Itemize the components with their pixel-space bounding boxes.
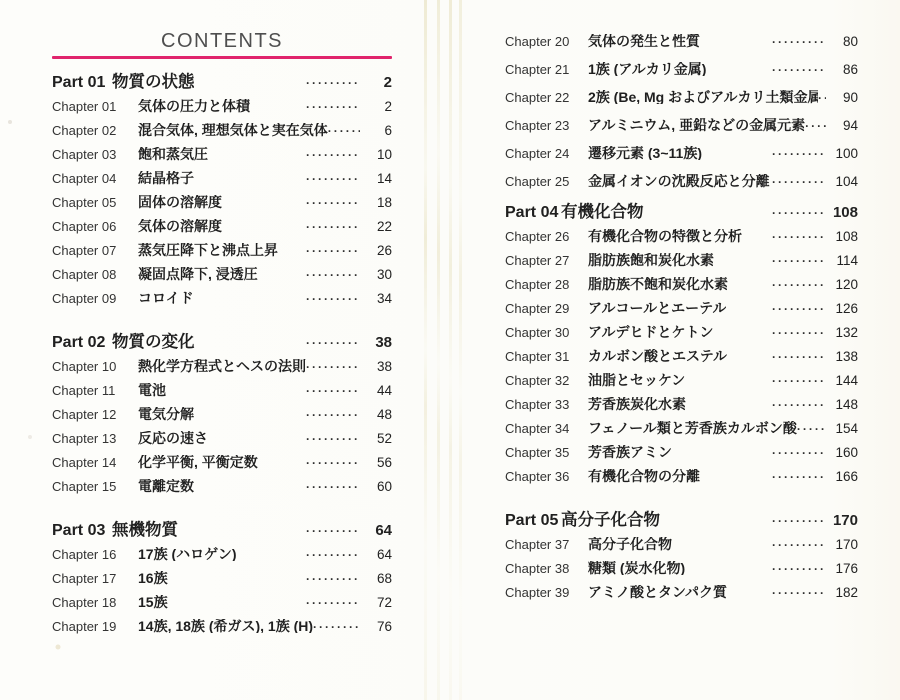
chapter-label: Chapter 03 [52, 148, 138, 162]
chapter-row: Chapter 09コロイド·········34 [52, 291, 392, 306]
chapter-title: 1族 (アルカリ金属) [588, 62, 706, 76]
chapter-row: Chapter 10熱化学方程式とヘスの法則·········38 [52, 359, 392, 374]
part-title: 高分子化合物 [561, 510, 660, 530]
chapter-label: Chapter 14 [52, 456, 138, 470]
page-number: 170 [826, 511, 858, 531]
chapter-row: Chapter 25金属イオンの沈殿反応と分離·········104 [505, 174, 858, 189]
chapter-title: 固体の溶解度 [138, 195, 222, 209]
page-number: 6 [360, 124, 392, 138]
dot-leader: ········· [685, 374, 826, 388]
page-number: 30 [360, 268, 392, 282]
chapter-title: アルミニウム, 亜鉛などの金属元素 [588, 118, 805, 132]
page-number: 94 [826, 119, 858, 133]
chapter-label: Chapter 15 [52, 480, 138, 494]
page-number: 76 [360, 620, 392, 634]
chapter-row: Chapter 211族 (アルカリ金属)·········86 [505, 62, 858, 77]
dot-leader: ········· [686, 398, 826, 412]
page-number: 90 [826, 91, 858, 105]
part-label: Part 03 [52, 521, 112, 541]
chapter-row: Chapter 14化学平衡, 平衡定数·········56 [52, 455, 392, 470]
part-title: 物質の変化 [112, 332, 195, 352]
chapter-row: Chapter 31カルボン酸とエステル·········138 [505, 349, 858, 364]
chapter-row: Chapter 35芳香族アミン·········160 [505, 445, 858, 460]
chapter-title: 気体の発生と性質 [588, 34, 700, 48]
chapter-title: 糖類 (炭水化物) [588, 561, 685, 575]
page-edge-line [459, 0, 462, 700]
chapter-row: Chapter 06気体の溶解度·········22 [52, 219, 392, 234]
page-number: 2 [360, 73, 392, 93]
page-number: 100 [826, 147, 858, 161]
dot-leader: ········· [250, 100, 360, 114]
page-number: 108 [826, 203, 858, 223]
part-title: 無機物質 [112, 520, 178, 540]
chapter-title: 17族 (ハロゲン) [138, 547, 237, 561]
page-number: 56 [360, 456, 392, 470]
dot-leader: ········· [726, 302, 826, 316]
dot-leader: ········· [208, 148, 360, 162]
chapter-row: Chapter 15電離定数·········60 [52, 479, 392, 494]
chapter-title: 気体の溶解度 [138, 219, 222, 233]
dot-leader: ········· [313, 620, 360, 634]
chapter-label: Chapter 08 [52, 268, 138, 282]
part-label: Part 02 [52, 333, 112, 353]
page-number: 64 [360, 521, 392, 541]
chapter-title: アルコールとエーテル [588, 301, 726, 315]
dot-leader: ········· [222, 196, 360, 210]
chapter-row: Chapter 01気体の圧力と体積·········2 [52, 99, 392, 114]
dot-leader: ········· [328, 124, 360, 138]
contents-header: CONTENTS [52, 30, 392, 59]
chapter-title: 反応の速さ [138, 431, 208, 445]
chapter-title: コロイド [138, 291, 194, 305]
toc-section: Part 02物質の変化·········38Chapter 10熱化学方程式と… [52, 332, 392, 494]
toc-section: Part 05高分子化合物·········170Chapter 37高分子化合… [505, 510, 858, 600]
chapter-label: Chapter 28 [505, 278, 588, 292]
chapter-title: 16族 [138, 571, 168, 585]
chapter-row: Chapter 29アルコールとエーテル·········126 [505, 301, 858, 316]
page-number: 52 [360, 432, 392, 446]
chapter-row: Chapter 20気体の発生と性質·········80 [505, 34, 858, 49]
dot-leader: ········· [194, 408, 360, 422]
chapter-title: 結晶格子 [138, 171, 194, 185]
chapter-title: 電気分解 [138, 407, 194, 421]
chapter-row: Chapter 04結晶格子·········14 [52, 171, 392, 186]
dot-leader: ········· [742, 230, 826, 244]
chapter-label: Chapter 10 [52, 360, 138, 374]
page-number: 170 [826, 538, 858, 552]
chapter-row: Chapter 39アミノ酸とタンパク質·········182 [505, 585, 858, 600]
chapter-label: Chapter 09 [52, 292, 138, 306]
chapter-label: Chapter 05 [52, 196, 138, 210]
chapter-label: Chapter 33 [505, 398, 588, 412]
chapter-title: 14族, 18族 (希ガス), 1族 (H) [138, 619, 313, 633]
chapter-row: Chapter 32油脂とセッケン·········144 [505, 373, 858, 388]
chapter-title: 電離定数 [138, 479, 194, 493]
chapter-title: 混合気体, 理想気体と実在気体 [138, 123, 328, 137]
chapter-label: Chapter 06 [52, 220, 138, 234]
chapter-row: Chapter 34フェノール類と芳香族カルボン酸·········154 [505, 421, 858, 436]
chapter-row: Chapter 13反応の速さ·········52 [52, 431, 392, 446]
page-number: 18 [360, 196, 392, 210]
chapter-label: Chapter 36 [505, 470, 588, 484]
dot-leader: ········· [222, 220, 360, 234]
chapter-label: Chapter 31 [505, 350, 588, 364]
chapter-label: Chapter 07 [52, 244, 138, 258]
chapter-row: Chapter 02混合気体, 理想気体と実在気体·········6 [52, 123, 392, 138]
chapter-row: Chapter 05固体の溶解度·········18 [52, 195, 392, 210]
chapter-label: Chapter 38 [505, 562, 588, 576]
chapter-title: アミノ酸とタンパク質 [588, 585, 727, 599]
chapter-title: 有機化合物の特徴と分析 [588, 229, 742, 243]
chapter-label: Chapter 27 [505, 254, 588, 268]
chapter-title: 15族 [138, 595, 168, 609]
chapter-label: Chapter 01 [52, 100, 138, 114]
page-number: 22 [360, 220, 392, 234]
chapter-label: Chapter 32 [505, 374, 588, 388]
chapter-row: Chapter 24遷移元素 (3~11族)·········100 [505, 146, 858, 161]
dot-leader: ········· [702, 147, 826, 161]
dot-leader: ········· [278, 244, 360, 258]
page-number: 48 [360, 408, 392, 422]
dot-leader: ········· [208, 432, 360, 446]
dot-leader: ········· [660, 511, 826, 531]
page-number: 38 [360, 333, 392, 353]
chapter-title: 熱化学方程式とヘスの法則 [138, 359, 306, 373]
chapter-label: Chapter 19 [52, 620, 138, 634]
chapter-row: Chapter 08凝固点降下, 浸透圧·········30 [52, 267, 392, 282]
dot-leader: ········· [194, 480, 360, 494]
chapter-label: Chapter 30 [505, 326, 588, 340]
chapter-label: Chapter 29 [505, 302, 588, 316]
chapter-title: 油脂とセッケン [588, 373, 685, 387]
dot-leader: ········· [194, 172, 360, 186]
chapter-row: Chapter 1617族 (ハロゲン)·········64 [52, 547, 392, 562]
page-number: 126 [826, 302, 858, 316]
page-number: 154 [826, 422, 858, 436]
chapter-label: Chapter 25 [505, 175, 588, 189]
toc-column-left: CONTENTS Part 01物質の状態·········2Chapter 0… [52, 30, 392, 643]
chapter-label: Chapter 35 [505, 446, 588, 460]
dot-leader: ········· [770, 175, 826, 189]
page-edge-line [424, 0, 427, 700]
page-number: 138 [826, 350, 858, 364]
chapter-label: Chapter 22 [505, 91, 588, 105]
toc-section: Part 01物質の状態·········2Chapter 01気体の圧力と体積… [52, 72, 392, 306]
page-number: 108 [826, 230, 858, 244]
chapter-row: Chapter 11電池·········44 [52, 383, 392, 398]
chapter-row: Chapter 38糖類 (炭水化物)·········176 [505, 561, 858, 576]
chapter-row: Chapter 26有機化合物の特徴と分析·········108 [505, 229, 858, 244]
dot-leader: ········· [727, 586, 826, 600]
chapter-title: 気体の圧力と体積 [138, 99, 250, 113]
chapter-label: Chapter 37 [505, 538, 588, 552]
part-title: 物質の状態 [112, 72, 195, 92]
dot-leader: ········· [728, 278, 826, 292]
page-number: 38 [360, 360, 392, 374]
chapter-label: Chapter 16 [52, 548, 138, 562]
part-label: Part 04 [505, 203, 561, 223]
chapter-label: Chapter 04 [52, 172, 138, 186]
page-number: 68 [360, 572, 392, 586]
part-row: Part 05高分子化合物·········170 [505, 510, 858, 531]
dot-leader: ········· [644, 203, 827, 223]
chapter-label: Chapter 39 [505, 586, 588, 600]
dot-leader: ········· [195, 73, 361, 93]
chapter-row: Chapter 12電気分解·········48 [52, 407, 392, 422]
book-page: CONTENTS Part 01物質の状態·········2Chapter 0… [0, 0, 900, 700]
chapter-title: カルボン酸とエステル [588, 349, 727, 363]
title-underline [52, 56, 392, 59]
part-label: Part 01 [52, 73, 112, 93]
chapter-label: Chapter 12 [52, 408, 138, 422]
part-row: Part 02物質の変化·········38 [52, 332, 392, 353]
dot-leader: ········· [672, 538, 826, 552]
chapter-title: 電池 [138, 383, 166, 397]
dot-leader: ········· [194, 292, 360, 306]
dot-leader: ········· [700, 470, 826, 484]
dot-leader: ········· [306, 360, 360, 374]
chapter-title: 脂肪族飽和炭化水素 [588, 253, 714, 267]
page-number: 2 [360, 100, 392, 114]
chapter-label: Chapter 21 [505, 63, 588, 77]
dot-leader: ········· [258, 268, 360, 282]
dot-leader: ········· [700, 35, 826, 49]
page-number: 182 [826, 586, 858, 600]
chapter-row: Chapter 1815族·········72 [52, 595, 392, 610]
page-edge-line [449, 0, 452, 700]
dot-leader: ········· [166, 384, 360, 398]
chapter-title: 芳香族炭化水素 [588, 397, 686, 411]
part-row: Part 01物質の状態·········2 [52, 72, 392, 93]
chapter-label: Chapter 02 [52, 124, 138, 138]
page-number: 14 [360, 172, 392, 186]
chapter-label: Chapter 11 [52, 384, 138, 398]
chapter-row: Chapter 222族 (Be, Mg およびアルカリ土類金属)·······… [505, 90, 858, 105]
chapter-row: Chapter 28脂肪族不飽和炭化水素·········120 [505, 277, 858, 292]
chapter-title: 化学平衡, 平衡定数 [138, 455, 258, 469]
chapter-title: 金属イオンの沈殿反応と分離 [588, 174, 770, 188]
toc-section: Part 03無機物質·········64Chapter 1617族 (ハロゲ… [52, 520, 392, 634]
page-number: 120 [826, 278, 858, 292]
chapter-label: Chapter 24 [505, 147, 588, 161]
chapter-row: Chapter 30アルデヒドとケトン·········132 [505, 325, 858, 340]
chapter-row: Chapter 33芳香族炭化水素·········148 [505, 397, 858, 412]
chapter-title: 凝固点降下, 浸透圧 [138, 267, 258, 281]
page-number: 144 [826, 374, 858, 388]
chapter-title: 遷移元素 (3~11族) [588, 146, 702, 160]
dot-leader: ········· [713, 326, 826, 340]
page-number: 80 [826, 35, 858, 49]
dot-leader: ········· [727, 350, 826, 364]
dot-leader: ········· [178, 521, 360, 541]
dot-leader: ········· [258, 456, 360, 470]
toc-column-right: Chapter 20気体の発生と性質·········80Chapter 211… [505, 34, 858, 609]
chapter-row: Chapter 03飽和蒸気圧·········10 [52, 147, 392, 162]
dot-leader: ········· [168, 572, 360, 586]
chapter-row: Chapter 1716族·········68 [52, 571, 392, 586]
chapter-label: Chapter 18 [52, 596, 138, 610]
page-number: 104 [826, 175, 858, 189]
chapter-row: Chapter 27脂肪族飽和炭化水素·········114 [505, 253, 858, 268]
page-edge-line [437, 0, 440, 700]
chapter-label: Chapter 20 [505, 35, 588, 49]
part-row: Part 04有機化合物·········108 [505, 202, 858, 223]
dot-leader: ········· [805, 119, 826, 133]
page-number: 64 [360, 548, 392, 562]
page-number: 34 [360, 292, 392, 306]
part-title: 有機化合物 [561, 202, 644, 222]
page-number: 148 [826, 398, 858, 412]
page-number: 72 [360, 596, 392, 610]
dot-leader: ········· [797, 422, 826, 436]
part-label: Part 05 [505, 511, 561, 531]
dot-leader: ········· [195, 333, 361, 353]
page-number: 86 [826, 63, 858, 77]
chapter-title: 蒸気圧降下と沸点上昇 [138, 243, 278, 257]
dot-leader: ········· [672, 446, 826, 460]
page-number: 166 [826, 470, 858, 484]
page-number: 132 [826, 326, 858, 340]
chapter-label: Chapter 23 [505, 119, 588, 133]
chapter-title: 飽和蒸気圧 [138, 147, 208, 161]
chapter-row: Chapter 37高分子化合物·········170 [505, 537, 858, 552]
page-number: 114 [826, 254, 858, 268]
dot-leader: ········· [818, 91, 826, 105]
chapter-row: Chapter 36有機化合物の分離·········166 [505, 469, 858, 484]
chapter-label: Chapter 17 [52, 572, 138, 586]
chapter-title: フェノール類と芳香族カルボン酸 [588, 421, 797, 435]
page-number: 44 [360, 384, 392, 398]
page-title: CONTENTS [161, 30, 283, 52]
page-number: 26 [360, 244, 392, 258]
page-number: 160 [826, 446, 858, 460]
page-number: 60 [360, 480, 392, 494]
toc-section: Chapter 20気体の発生と性質·········80Chapter 211… [505, 34, 858, 189]
chapter-row: Chapter 23アルミニウム, 亜鉛などの金属元素·········94 [505, 118, 858, 133]
chapter-title: 芳香族アミン [588, 445, 672, 459]
chapter-row: Chapter 07蒸気圧降下と沸点上昇·········26 [52, 243, 392, 258]
dot-leader: ········· [237, 548, 360, 562]
chapter-label: Chapter 13 [52, 432, 138, 446]
page-number: 10 [360, 148, 392, 162]
chapter-title: 脂肪族不飽和炭化水素 [588, 277, 728, 291]
scan-specks [0, 0, 2, 2]
dot-leader: ········· [706, 63, 826, 77]
chapter-title: 高分子化合物 [588, 537, 672, 551]
dot-leader: ········· [714, 254, 826, 268]
chapter-label: Chapter 26 [505, 230, 588, 244]
dot-leader: ········· [685, 562, 826, 576]
chapter-row: Chapter 1914族, 18族 (希ガス), 1族 (H)········… [52, 619, 392, 634]
part-row: Part 03無機物質·········64 [52, 520, 392, 541]
chapter-title: 2族 (Be, Mg およびアルカリ土類金属) [588, 90, 818, 104]
chapter-label: Chapter 34 [505, 422, 588, 436]
chapter-title: 有機化合物の分離 [588, 469, 700, 483]
dot-leader: ········· [168, 596, 360, 610]
toc-section: Part 04有機化合物·········108Chapter 26有機化合物の… [505, 202, 858, 484]
page-number: 176 [826, 562, 858, 576]
chapter-title: アルデヒドとケトン [588, 325, 713, 339]
